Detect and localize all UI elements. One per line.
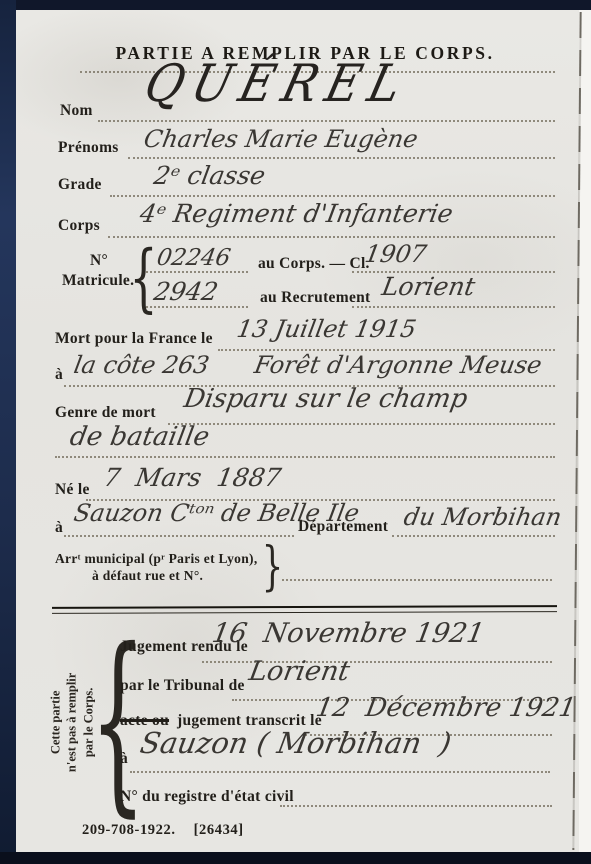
side-note-line1: Cette partie	[48, 622, 64, 822]
arrondissement-label-line1: Arrᵗ municipal (pʳ Paris et Lyon),	[55, 551, 258, 567]
matricule-recrutement-line	[352, 306, 555, 308]
lieu-mort-label: à	[55, 366, 63, 384]
matricule-label-line1: N°	[90, 252, 108, 270]
mort-date-value: 13 Juillet 1915	[235, 317, 418, 341]
grade-label: Grade	[58, 176, 102, 194]
genre-mort-line1	[168, 423, 555, 425]
registre-line	[280, 805, 552, 807]
matricule-classe-value: 1907	[363, 242, 428, 266]
departement-label: Département	[298, 518, 388, 536]
scan-left-border	[0, 0, 16, 864]
genre-mort-value-line2: de bataille	[68, 424, 211, 450]
nom-line	[98, 120, 555, 122]
imprint-reference: [26434]	[194, 822, 244, 838]
arrondissement-brace: }	[262, 544, 284, 591]
transcrit-date-value: 12 Décembre 1921	[314, 695, 578, 721]
registre-label: N° du registre d'état civil	[120, 788, 294, 806]
tribunal-label: par le Tribunal de	[120, 677, 245, 695]
nom-label: Nom	[60, 102, 93, 120]
matricule-label-line2: Matricule.	[62, 272, 134, 290]
matricule-recrutement-number: 2942	[152, 279, 220, 304]
print-imprint: 209-708-1922.[26434]	[82, 822, 262, 839]
transcrit-lieu-line	[130, 771, 550, 773]
naissance-date-value: 7 Mars 1887	[102, 465, 283, 490]
paper-right-margin	[579, 10, 591, 852]
nom-value: QUÉREL	[140, 57, 416, 109]
tribunal-value: Lorient	[247, 658, 352, 685]
prenoms-label: Prénoms	[58, 139, 119, 157]
side-note-line2: n'est pas à remplir	[64, 622, 80, 822]
imprint-number: 209-708-1922.	[82, 822, 176, 838]
matricule-recrutement-text: au Recrutement	[260, 289, 371, 307]
lieu-naissance-line	[64, 535, 294, 537]
grade-line	[110, 195, 555, 197]
matricule-corps-line	[146, 271, 248, 273]
genre-mort-line2	[55, 456, 555, 458]
death-record-card: PARTIE A REMPLIR PAR LE CORPS. Nom QUÉRE…	[0, 0, 591, 864]
prenoms-line	[128, 157, 555, 159]
corps-label: Corps	[58, 217, 100, 235]
arrondissement-label-line2: à défaut rue et N°.	[92, 568, 203, 584]
corps-line	[108, 236, 555, 238]
jugement-rendu-value: 16 Novembre 1921	[210, 620, 486, 647]
prenoms-value: Charles Marie Eugène	[142, 127, 420, 151]
lieu-naissance-label: à	[55, 519, 63, 537]
grade-value: 2ᵉ classe	[152, 163, 267, 188]
transcrit-lieu-label: à	[120, 750, 128, 768]
naissance-label: Né le	[55, 481, 90, 499]
matricule-recrutement-number-line	[146, 306, 248, 308]
departement-value: du Morbihan	[402, 505, 563, 529]
genre-mort-value-line1: Disparu sur le champ	[182, 386, 470, 412]
scan-top-border	[0, 0, 591, 10]
matricule-recrutement-value: Lorient	[380, 274, 477, 299]
arrondissement-line	[282, 579, 552, 581]
mort-label: Mort pour la France le	[55, 330, 213, 348]
matricule-corps-number: 02246	[155, 247, 232, 270]
corps-value: 4ᵉ Regiment d'Infanterie	[138, 201, 455, 226]
genre-mort-label: Genre de mort	[55, 404, 156, 422]
scan-bottom-border	[0, 852, 591, 864]
lieu-mort-value: la côte 263 Forêt d'Argonne Meuse	[72, 353, 544, 377]
transcrit-lieu-value: Sauzon ( Morbihan )	[138, 729, 453, 758]
departement-line	[392, 535, 555, 537]
